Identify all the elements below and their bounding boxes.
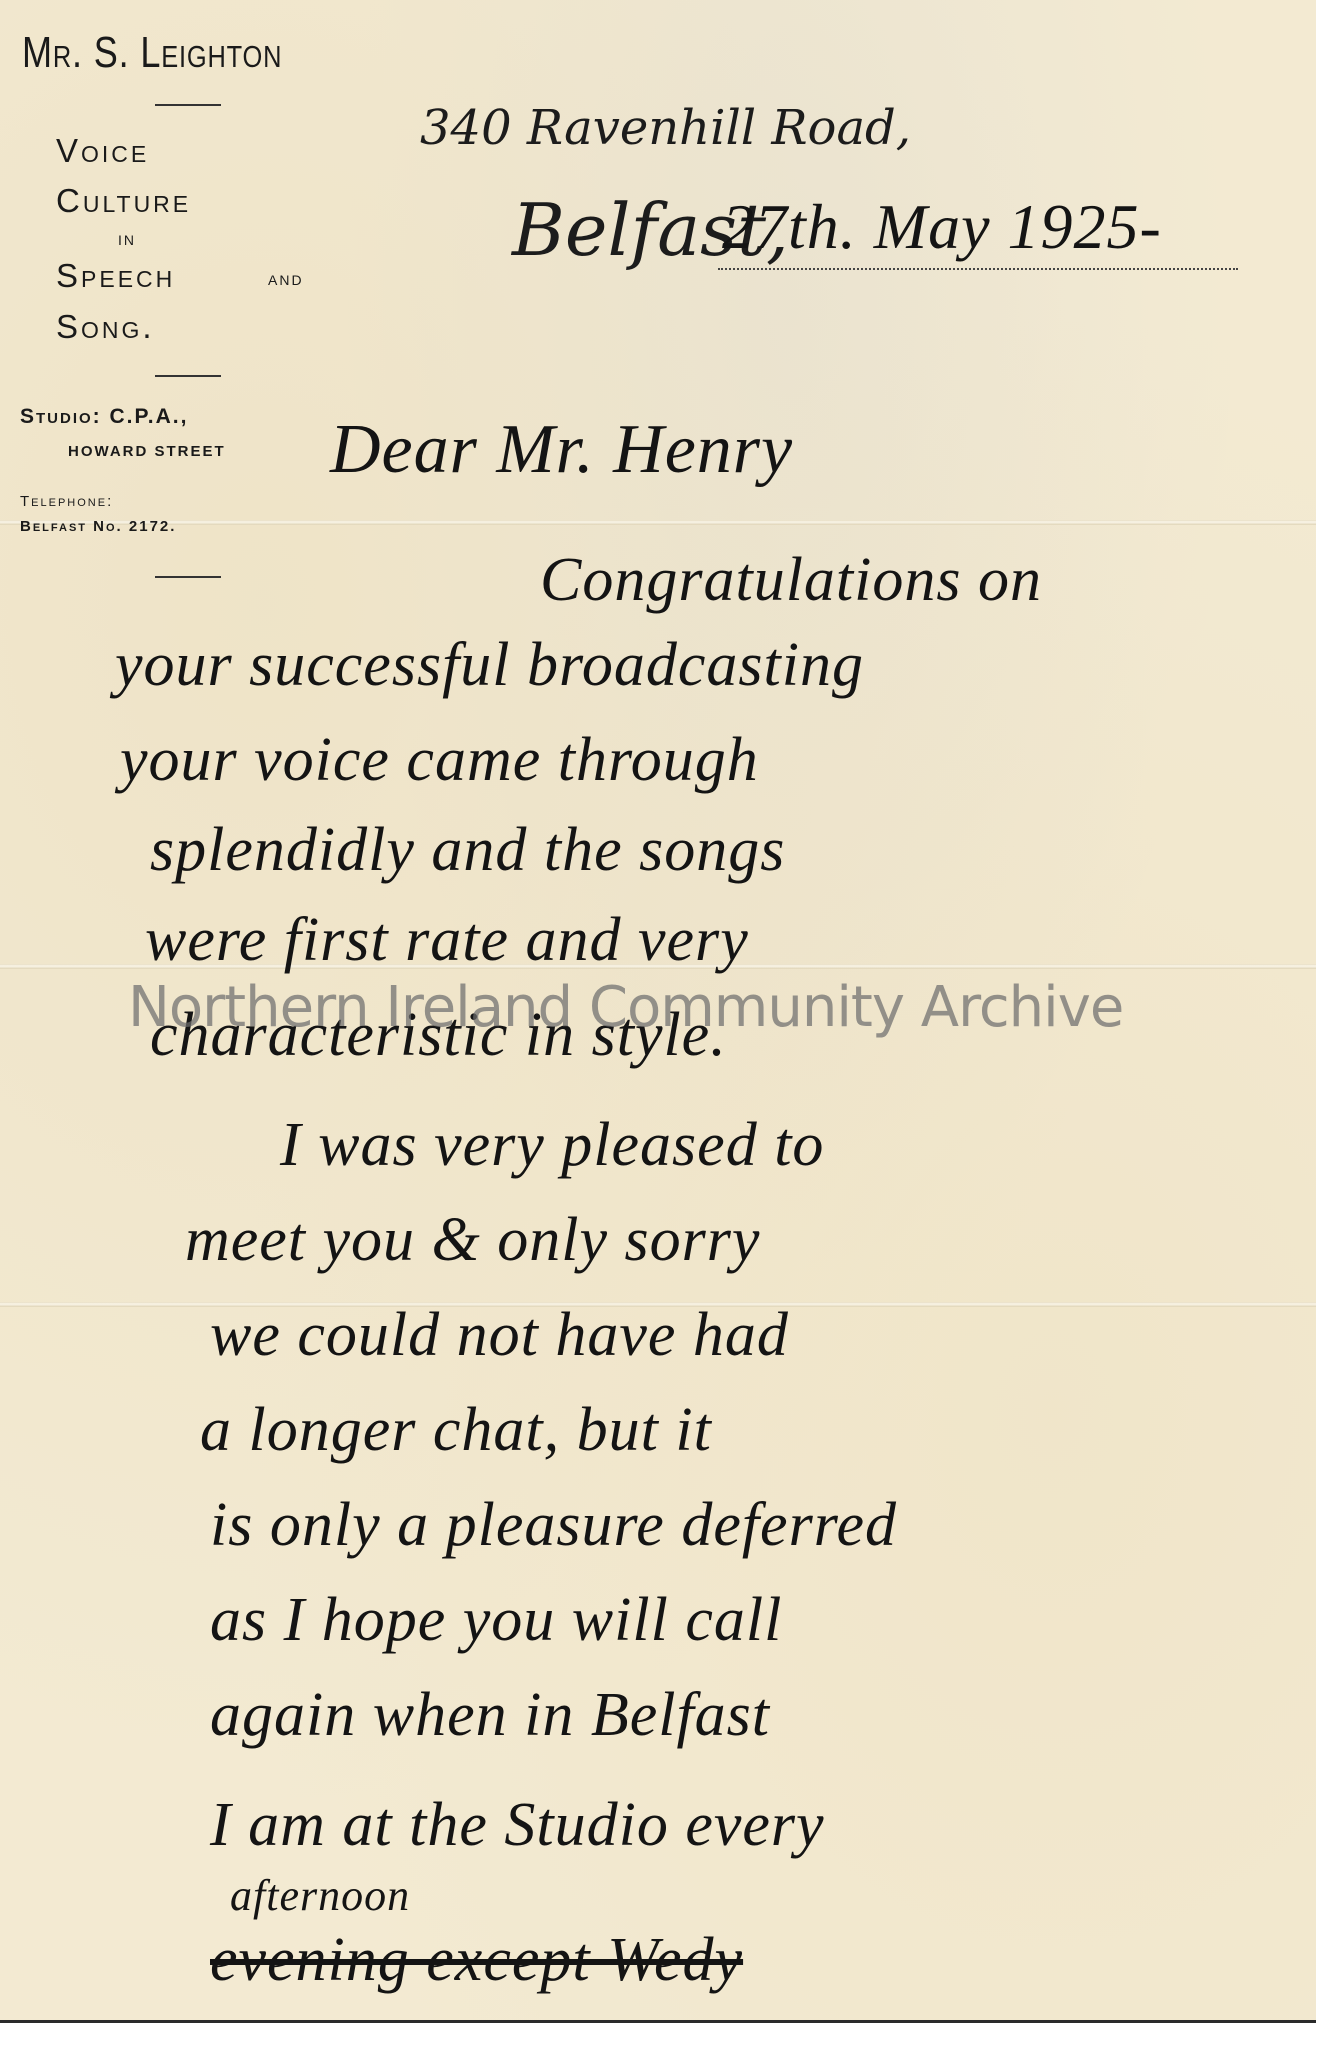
letterhead-voice: Voice	[56, 132, 149, 170]
letter-line: evening except Wedy	[210, 1925, 743, 1996]
letter-line: splendidly and the songs	[150, 815, 785, 886]
letter-date: 27th. May 1925-	[722, 190, 1162, 264]
letter-line: again when in Belfast	[210, 1680, 770, 1751]
salutation: Dear Mr. Henry	[330, 410, 793, 490]
letterhead-speech: Speech	[56, 257, 175, 295]
date-dotted-line	[718, 268, 1238, 270]
letter-line: Congratulations on	[540, 545, 1042, 616]
letterhead-and: and	[268, 272, 304, 288]
letter-line: a longer chat, but it	[200, 1395, 712, 1466]
letter-line: were first rate and very	[145, 905, 749, 976]
divider	[155, 375, 221, 377]
letterhead-culture: Culture	[56, 182, 191, 220]
studio-label: Studio: C.P.A.,	[20, 405, 188, 429]
letter-line: we could not have had	[210, 1300, 789, 1371]
studio-street: Howard Street	[68, 443, 226, 460]
letter-line: I was very pleased to	[280, 1110, 824, 1181]
archive-watermark: Northern Ireland Community Archive	[128, 975, 1123, 1040]
letter-line: your successful broadcasting	[115, 630, 864, 701]
address-street: 340 Ravenhill Road,	[420, 100, 911, 156]
letterhead-name: Mr. S. Leighton	[22, 28, 282, 78]
fold-crease	[0, 520, 1316, 525]
telephone-label: Telephone:	[20, 493, 113, 510]
letter-line: is only a pleasure deferred	[210, 1490, 897, 1561]
letterhead-in: in	[118, 232, 136, 248]
telephone-number: Belfast No. 2172.	[20, 518, 176, 535]
letter-line: I am at the Studio every	[210, 1790, 825, 1861]
letter-line: as I hope you will call	[210, 1585, 782, 1656]
divider	[155, 576, 221, 578]
letter-line: your voice came through	[120, 725, 759, 796]
letterhead-song: Song.	[56, 308, 155, 346]
letter-paper: Mr. S. Leighton Voice Culture in Speech …	[0, 0, 1316, 2023]
divider	[155, 104, 221, 106]
letter-line: meet you & only sorry	[185, 1205, 760, 1276]
letter-line-insertion: afternoon	[230, 1870, 410, 1921]
